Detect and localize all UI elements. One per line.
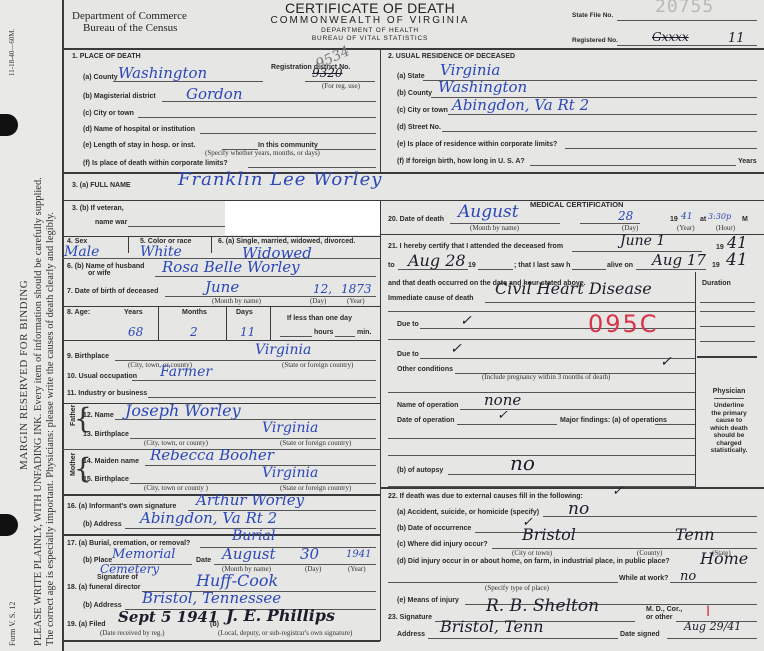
stay-label: (e) Length of stay in hosp. or inst. xyxy=(83,142,195,149)
dod-day-field[interactable]: 28 xyxy=(618,209,633,223)
immediate-label: Immediate cause of death xyxy=(388,295,474,302)
registrar-field[interactable]: J. E. Phillips xyxy=(226,606,335,625)
frame-left-border xyxy=(62,0,64,651)
commonwealth-title: COMMONWEALTH OF VIRGINIA xyxy=(240,15,500,26)
at-label: at xyxy=(700,216,706,223)
attended-to-field[interactable]: Aug 28 xyxy=(408,251,466,270)
external-heading: 22. If death was due to external causes … xyxy=(388,493,583,500)
corporate-label: (f) Is place of death within corporate l… xyxy=(83,160,228,167)
op-date-label: Date of operation xyxy=(397,417,455,424)
instruction-line-1: PLEASE WRITE PLAINLY, WITH UNFADING INK.… xyxy=(33,177,44,646)
last-saw-year[interactable]: 41 xyxy=(726,250,748,270)
dob-month-field[interactable]: June xyxy=(205,278,239,296)
means-label: (e) Means of injury xyxy=(397,597,459,604)
dob-year-field[interactable]: 1873 xyxy=(341,282,372,296)
burial-label: 17. (a) Burial, cremation, or removal? xyxy=(67,540,190,547)
external-check: ✓ xyxy=(612,484,623,499)
other-check: ✓ xyxy=(660,354,672,370)
registered-value: 11 xyxy=(728,31,745,46)
certify-label: 21. I hereby certify that I attended the… xyxy=(388,243,563,250)
age-years-field[interactable]: 68 xyxy=(128,325,143,339)
burial-date-month[interactable]: August xyxy=(222,545,275,563)
res-county-label: (b) County xyxy=(397,90,432,97)
burial-date-year[interactable]: 1941 xyxy=(346,549,371,560)
where-label: (c) Where did injury occur? xyxy=(397,541,488,548)
attended-from-year-prefix: 19 xyxy=(716,244,724,251)
mother-maiden-field[interactable]: Rebecca Booher xyxy=(150,446,274,464)
res-street-label: (d) Street No. xyxy=(397,124,441,131)
age-months-col: Months xyxy=(182,309,207,316)
to-nineteen: 19 xyxy=(468,262,476,269)
name-war-label: name war xyxy=(95,219,127,226)
medical-heading: MEDICAL CERTIFICATION xyxy=(530,200,623,209)
father-brace-icon: { xyxy=(74,405,92,433)
father-name-field[interactable]: Joseph Worley xyxy=(125,401,241,420)
mother-birthplace-label: 15. Birthplace xyxy=(83,476,129,483)
burial-date-label: Date xyxy=(196,557,211,564)
address-label: Address xyxy=(397,631,425,638)
res-state-field[interactable]: Virginia xyxy=(440,61,500,79)
county-label: (a) County xyxy=(83,74,118,81)
informant-address-label: (b) Address xyxy=(83,521,122,528)
min-label: min. xyxy=(357,329,371,336)
home-field[interactable]: Home xyxy=(700,549,748,568)
burial-day-note: (Day) xyxy=(305,565,321,573)
autopsy-label: (b) of autopsy xyxy=(397,467,443,474)
dept-commerce: Department of Commerce xyxy=(72,10,187,22)
last-saw-nineteen: 19 xyxy=(712,262,720,269)
funeral-field[interactable]: Huff-Cook xyxy=(196,571,278,590)
spouse-label: 6. (b) Name of husband xyxy=(67,263,144,270)
spouse-field[interactable]: Rosa Belle Worley xyxy=(162,258,300,276)
dob-year-note: (Year) xyxy=(347,297,365,305)
where-county-note: (County) xyxy=(637,549,662,557)
age-days-field[interactable]: 11 xyxy=(240,325,255,339)
autopsy-field[interactable]: no xyxy=(510,451,535,475)
full-name-label: 3. (a) FULL NAME xyxy=(72,182,131,189)
age-months-field[interactable]: 2 xyxy=(190,325,198,339)
physician-address-field[interactable]: Bristol, Tenn xyxy=(440,617,544,636)
m-label: M xyxy=(742,216,748,223)
due-to-check-2: ✓ xyxy=(450,341,462,357)
bureau-census: Bureau of the Census xyxy=(83,22,177,34)
physician-signature-field[interactable]: R. B. Shelton xyxy=(486,596,599,616)
attended-from-field[interactable]: June 1 xyxy=(620,233,665,249)
dod-year-note: (Year) xyxy=(677,224,695,232)
father-birthplace-label: 13. Birthplace xyxy=(83,431,129,438)
less-day-label: If less than one day xyxy=(287,315,352,322)
birthplace-label: 9. Birthplace xyxy=(67,353,109,360)
res-city-label: (c) City or town xyxy=(397,107,448,114)
age-label: 8. Age: xyxy=(67,309,90,316)
res-years-label: Years xyxy=(738,158,757,165)
dod-year-prefix: 19 xyxy=(670,216,678,223)
accident-label: (a) Accident, suicide, or homicide (spec… xyxy=(397,509,539,516)
or-other-label: or other xyxy=(646,614,672,621)
funeral-label: 18. (a) funeral director xyxy=(67,584,141,591)
filed-field[interactable]: Sept 5 1941 xyxy=(118,608,218,626)
form-number: Form V. S. 12 xyxy=(8,602,17,646)
funeral-address-label: (b) Address xyxy=(83,602,122,609)
work-field[interactable]: no xyxy=(680,569,696,584)
burial-year-note: (Year) xyxy=(348,565,366,573)
dod-day-note: (Day) xyxy=(622,224,638,232)
informant-address-field[interactable]: Abingdon, Va Rt 2 xyxy=(140,509,277,527)
date-signed-field[interactable]: Aug 29/41 xyxy=(684,620,741,633)
pregnancy-note: (Include pregnancy within 3 months of de… xyxy=(482,373,610,381)
due-to-label-2: Due to xyxy=(397,351,419,358)
occupation-field[interactable]: Farmer xyxy=(160,364,212,380)
where-city-field[interactable]: Bristol xyxy=(522,525,576,544)
community-label: In this community xyxy=(258,142,318,149)
res-county-field[interactable]: Washington xyxy=(438,78,527,96)
date-signed-label: Date signed xyxy=(620,631,660,638)
where-state-field[interactable]: Tenn xyxy=(675,525,715,544)
operation-field[interactable]: none xyxy=(484,391,521,409)
reg-use-note: (For reg. use) xyxy=(322,82,360,90)
dob-label: 7. Date of birth of deceased xyxy=(67,288,158,295)
place-of-death-heading: 1. PLACE OF DEATH xyxy=(72,53,141,60)
accident-field[interactable]: no xyxy=(568,499,589,519)
filed-note: (Date received by reg.) xyxy=(100,629,165,637)
industry-label: 11. Industry or business xyxy=(67,390,147,397)
dob-day-note: (Day) xyxy=(310,297,326,305)
dod-hour-field[interactable]: 3:30p xyxy=(708,212,731,221)
res-corporate-label: (e) Is place of residence within corpora… xyxy=(397,141,557,148)
spouse-label-2: or wife xyxy=(88,270,111,277)
registrar-note: (Local, deputy, or sub-registrar's own s… xyxy=(218,629,352,637)
dod-year-field[interactable]: 41 xyxy=(681,212,692,222)
age-days-col: Days xyxy=(236,309,253,316)
home-label: (d) Did injury occur in or about home, o… xyxy=(397,558,670,565)
dod-hour-note: (Hour) xyxy=(716,224,735,232)
immediate-cause-field[interactable]: Civil Heart Disease xyxy=(495,279,652,298)
occupation-label: 10. Usual occupation xyxy=(67,373,137,380)
registered-label: Registered No. xyxy=(572,37,618,44)
code-stamp: 095C xyxy=(588,310,659,338)
mother-birthplace-field[interactable]: Virginia xyxy=(262,465,318,481)
dod-label: 20. Date of death xyxy=(388,216,444,223)
alive-label: alive on xyxy=(607,262,633,269)
where-city-note: (City or town) xyxy=(512,549,552,557)
occurrence-label: (b) Date of occurrence xyxy=(397,525,471,532)
op-date-check: ✓ xyxy=(497,408,508,423)
stay-note: (Specify whether years, months, or days) xyxy=(205,149,320,157)
dod-month-field[interactable]: August xyxy=(458,202,519,222)
last-saw-field[interactable]: Aug 17 xyxy=(652,251,706,269)
res-state-label: (a) State xyxy=(397,73,425,80)
hours-label: hours xyxy=(314,329,333,336)
place-field[interactable]: Memorial xyxy=(112,547,175,562)
father-birthplace-field[interactable]: Virginia xyxy=(262,420,318,436)
signature-of-label: Signature of xyxy=(97,574,138,581)
state-file-stamp: 20755 xyxy=(655,0,714,17)
registered-scribble: Gxxxx xyxy=(652,30,689,44)
to-label: to xyxy=(388,262,395,269)
residence-heading: 2. USUAL RESIDENCE OF DECEASED xyxy=(388,53,515,60)
veteran-label: 3. (b) If veteran, xyxy=(72,205,124,212)
registrar-label: (b) xyxy=(210,621,219,628)
signature-label: 23. Signature xyxy=(388,614,432,621)
informant-field[interactable]: Arthur Worley xyxy=(196,491,304,509)
operation-label: Name of operation xyxy=(397,402,458,409)
bureau-title: BUREAU OF VITAL STATISTICS xyxy=(240,35,500,42)
state-file-label: State File No. xyxy=(572,12,613,19)
father-state-note: (State or foreign country) xyxy=(280,439,351,447)
dob-month-note: (Month by name) xyxy=(212,297,261,305)
place-type-note: (Specify type of place) xyxy=(485,584,549,592)
full-name-field[interactable]: Franklin Lee Worley xyxy=(178,169,382,190)
father-name-label: 12. Name xyxy=(83,412,114,419)
header-center: CERTIFICATE OF DEATH COMMONWEALTH OF VIR… xyxy=(240,0,500,42)
due-to-check-1: ✓ xyxy=(460,313,472,329)
funeral-address-field[interactable]: Bristol, Tennessee xyxy=(142,589,281,607)
burial-date-day[interactable]: 30 xyxy=(300,545,319,563)
hospital-label: (d) Name of hospital or institution xyxy=(83,126,195,133)
binding-note: MARGIN RESERVED FOR BINDING xyxy=(18,280,30,470)
md-label: M. D., Cor., xyxy=(646,606,682,613)
red-tick-mark: I xyxy=(706,604,710,620)
work-label: While at work? xyxy=(619,575,668,582)
certificate-title: CERTIFICATE OF DEATH xyxy=(240,0,500,16)
county-field[interactable]: Washington xyxy=(118,64,207,82)
filed-label: 19. (a) Filed xyxy=(67,621,106,628)
res-city-field[interactable]: Abingdon, Va Rt 2 xyxy=(452,96,589,114)
birthplace-state-note: (State or foreign country) xyxy=(282,361,353,369)
due-to-label-1: Due to xyxy=(397,321,419,328)
physician-side-label: Physician xyxy=(701,388,757,395)
duration-label: Duration xyxy=(702,280,731,287)
age-years-col: Years xyxy=(124,309,143,316)
res-foreign-label: (f) If foreign birth, how long in U. S. … xyxy=(397,158,525,165)
print-code: 11-18-40—60M. xyxy=(8,29,16,76)
department-title: DEPARTMENT OF HEALTH xyxy=(240,27,500,34)
side-instructions: Underline the primary cause to which dea… xyxy=(697,402,761,455)
city-label: (c) City or town xyxy=(83,110,134,117)
magisterial-label: (b) Magisterial district xyxy=(83,93,156,100)
magisterial-field[interactable]: Gordon xyxy=(186,85,242,103)
other-conditions-label: Other conditions xyxy=(397,366,453,373)
redacted-area xyxy=(225,201,381,235)
birthplace-field[interactable]: Virginia xyxy=(255,342,311,358)
instruction-line-2: The correct age is especially important.… xyxy=(45,212,56,646)
dod-month-note: (Month by name) xyxy=(470,224,519,232)
findings-label: Major findings: (a) of operations xyxy=(560,417,667,424)
burial-field[interactable]: Burial xyxy=(232,528,275,544)
dob-day-field[interactable]: 12, xyxy=(313,282,332,296)
last-saw-label: ; that I last saw h xyxy=(514,262,570,269)
mother-maiden-label: 14. Maiden name xyxy=(83,458,139,465)
